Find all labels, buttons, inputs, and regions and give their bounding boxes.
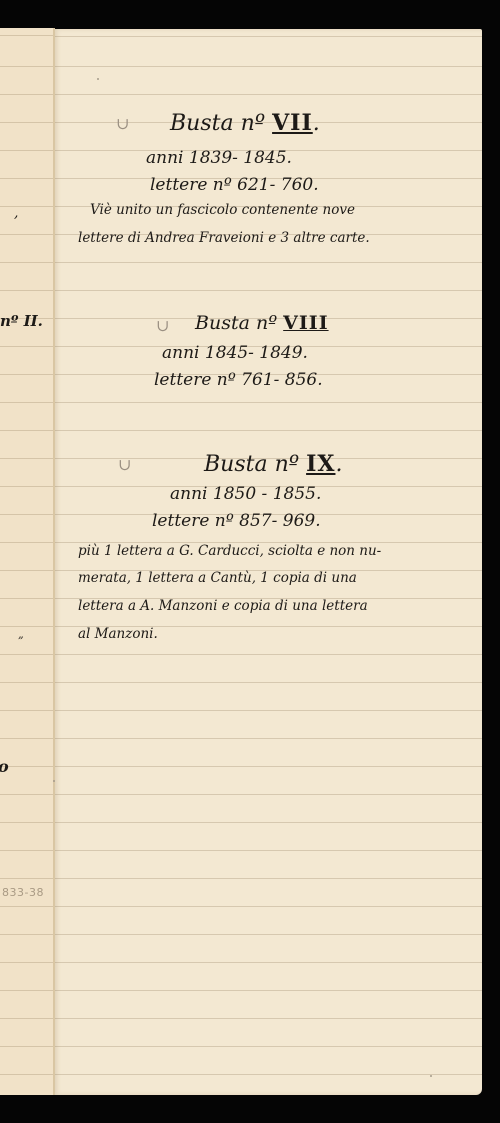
- title-prefix: Busta nº: [204, 452, 299, 477]
- entry-letters: lettere nº 761- 856.: [154, 370, 323, 390]
- entry-note-line: al Manzoni.: [78, 626, 158, 642]
- left-page-fragment: o: [0, 757, 9, 776]
- entry-title-busta-vii: Busta nº VII.: [170, 110, 320, 136]
- paper-speck: [53, 780, 55, 782]
- entry-years: anni 1850 - 1855.: [170, 484, 321, 504]
- paper-speck: [430, 1075, 432, 1077]
- entry-note-line: lettera a A. Manzoni e copia di una lett…: [78, 598, 368, 614]
- margin-check-mark: ∪: [118, 455, 131, 474]
- entry-note-line: merata, 1 lettera a Cantù, 1 copia di un…: [78, 570, 357, 586]
- title-number: VIII: [283, 312, 328, 334]
- margin-check-mark: ∪: [116, 114, 129, 133]
- entry-title-busta-viii: Busta nº VIII: [195, 312, 329, 334]
- left-page-mark: ,: [14, 205, 18, 221]
- entry-years: anni 1845- 1849.: [162, 343, 308, 363]
- entry-title-busta-ix: Busta nº IX.: [204, 451, 342, 477]
- entry-years: anni 1839- 1845.: [146, 148, 292, 168]
- title-prefix: Busta nº: [195, 312, 277, 334]
- entry-letters: lettere nº 621- 760.: [150, 175, 319, 195]
- previous-page-edge: [0, 28, 54, 1095]
- title-prefix: Busta nº: [170, 111, 265, 136]
- margin-check-mark: ∪: [156, 316, 169, 335]
- entry-note-line: Viè unito un fascicolo contenente nove: [90, 202, 355, 218]
- title-number: IX: [306, 451, 335, 477]
- left-page-mark: „: [18, 628, 24, 641]
- entry-note-line: lettere di Andrea Fraveioni e 3 altre ca…: [78, 230, 370, 246]
- title-suffix: .: [313, 111, 320, 136]
- title-number: VII: [272, 110, 313, 136]
- paper-speck: [97, 78, 99, 80]
- entry-note-line: più 1 lettera a G. Carducci, sciolta e n…: [78, 543, 381, 559]
- entry-letters: lettere nº 857- 969.: [152, 511, 321, 531]
- left-page-roman-fragment: nº II.: [0, 312, 43, 330]
- page-gutter: [53, 28, 55, 1095]
- title-suffix: .: [335, 452, 342, 477]
- pencil-annotation: 833-38: [2, 886, 44, 899]
